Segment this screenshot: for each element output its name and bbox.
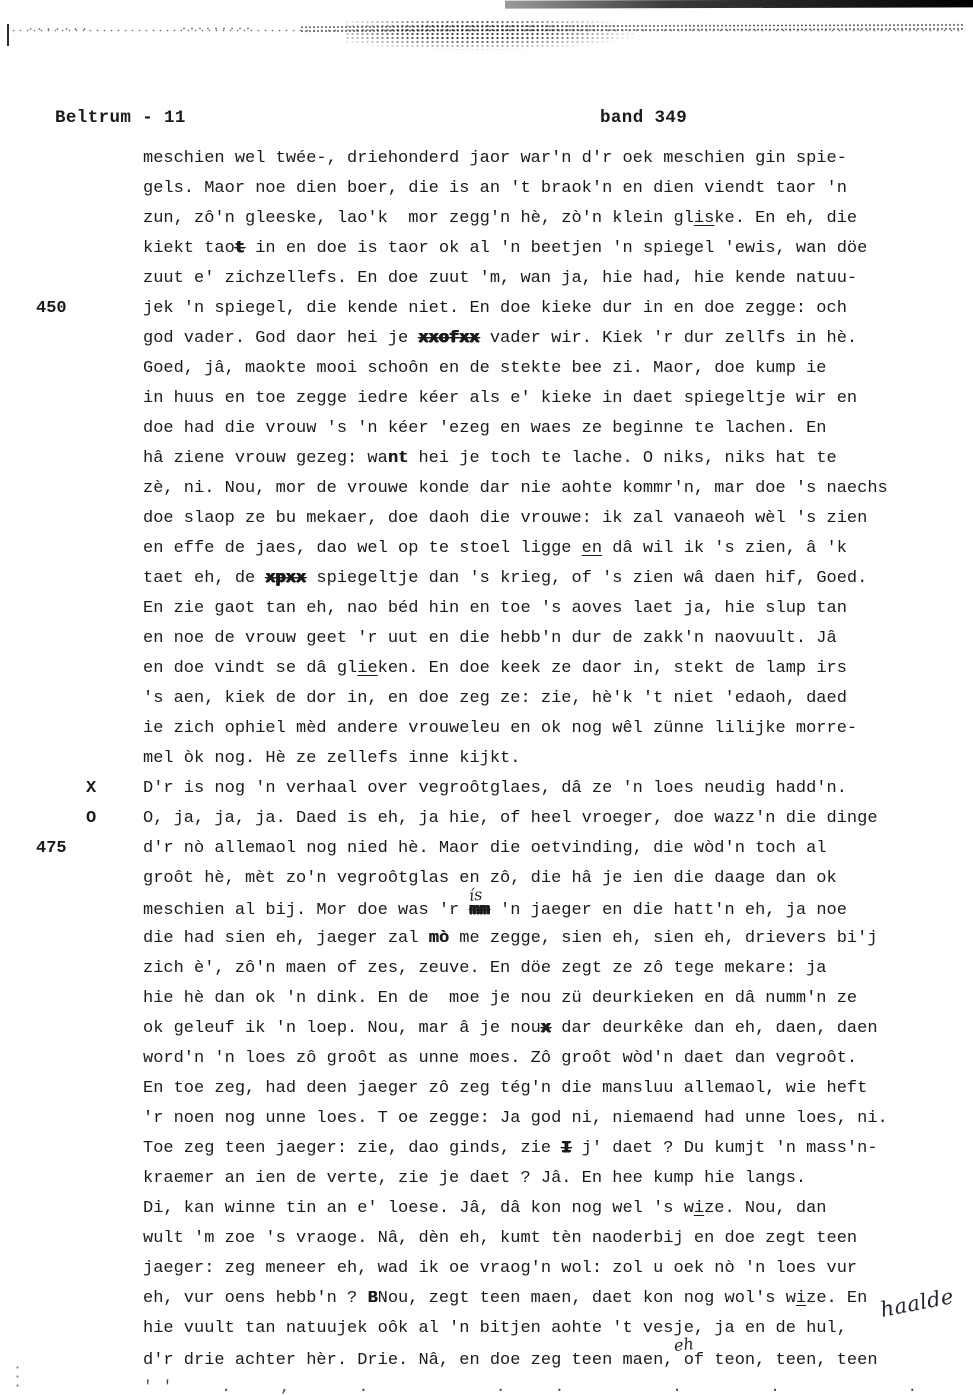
line-text: En zie gaot tan eh, nao béd hin en toe '… — [143, 599, 847, 618]
text-line: meschien al bij. Mor doe was 'r ísmm 'n … — [0, 894, 973, 924]
line-text: Toe zeg teen jaeger: zie, dao ginds, zie… — [143, 1139, 878, 1158]
text-line: Di, kan winne tin an e' loese. Jâ, dâ ko… — [0, 1194, 973, 1224]
text-line: jaeger: zeg meneer eh, wad ik oe vraog'n… — [0, 1254, 973, 1284]
text-line: En zie gaot tan eh, nao béd hin en toe '… — [0, 594, 973, 624]
underlined-text: i — [694, 1199, 704, 1218]
document-title: Beltrum - 11 — [55, 108, 186, 128]
text-line: wult 'm zoe 's vraoge. Nâ, dèn eh, kumt … — [0, 1224, 973, 1254]
transcription-body: meschien wel twée-, driehonderd jaor war… — [0, 144, 973, 1374]
line-text: En toe zeg, had deen jaeger zô zeg tég'n… — [143, 1079, 867, 1098]
line-text: die had sien eh, jaeger zal mò me zegge,… — [143, 929, 878, 948]
underlined-text: i — [796, 1289, 806, 1308]
text-line: meschien wel twée-, driehonderd jaor war… — [0, 144, 973, 174]
line-text: zuut e' zichzellefs. En doe zuut 'm, wan… — [143, 269, 857, 288]
typed-strikeout: x — [541, 1019, 551, 1038]
text-line: zuut e' zichzellefs. En doe zuut 'm, wan… — [0, 264, 973, 294]
text-line: 475d'r nò allemaol nog nied hè. Maor die… — [0, 834, 973, 864]
text-line: in huus en toe zegge iedre kéer als e' k… — [0, 384, 973, 414]
typed-strikeout: xpxx — [265, 569, 306, 588]
scan-noise-specks-b — [180, 26, 250, 31]
line-text: jaeger: zeg meneer eh, wad ik oe vraog'n… — [143, 1259, 857, 1278]
line-text: en effe de jaes, dao wel op te stoel lig… — [143, 539, 847, 558]
text-line: groôt hè, mèt zo'n vegroôtglas en zô, di… — [0, 864, 973, 894]
line-text: gels. Maor noe dien boer, die is an 't b… — [143, 179, 847, 198]
line-text: zun, zô'n gleeske, lao'k mor zegg'n hè, … — [143, 209, 857, 228]
line-text: 's aen, kiek de dor in, en doe zeg ze: z… — [143, 689, 847, 708]
text-line: taet eh, de xpxx spiegeltje dan 's krieg… — [0, 564, 973, 594]
typed-strikeout: xxofxx — [418, 329, 479, 348]
line-text: en noe de vrouw geet 'r uut en die hebb'… — [143, 629, 837, 648]
text-line: Goed, jâ, maokte mooi schoôn en de stekt… — [0, 354, 973, 384]
line-text: jek 'n spiegel, die kende niet. En doe k… — [143, 299, 847, 318]
text-line: en effe de jaes, dao wel op te stoel lig… — [0, 534, 973, 564]
typed-strikeout: I — [561, 1139, 571, 1158]
line-text: zè, ni. Nou, mor de vrouwe konde dar nie… — [143, 479, 888, 498]
text-line: En toe zeg, had deen jaeger zô zeg tég'n… — [0, 1074, 973, 1104]
line-text: in huus en toe zegge iedre kéer als e' k… — [143, 389, 857, 408]
text-line: kraemer an ien de verte, zie je daet ? J… — [0, 1164, 973, 1194]
line-text: hâ ziene vrouw gezeg: want hei je toch t… — [143, 449, 837, 468]
line-text: groôt hè, mèt zo'n vegroôtglas en zô, di… — [143, 869, 837, 888]
scan-noise-top-bar — [505, 0, 973, 9]
text-line: en doe vindt se dâ glieken. En doe keek … — [0, 654, 973, 684]
speaker-label: O — [86, 804, 96, 834]
line-text: ok geleuf ik 'n loep. Nou, mar â je noux… — [143, 1019, 878, 1038]
text-line: zun, zô'n gleeske, lao'k mor zegg'n hè, … — [0, 204, 973, 234]
line-text: doe slaop ze bu mekaer, doe daoh die vro… — [143, 509, 867, 528]
line-text: D'r is nog 'n verhaal over vegroôtglaes,… — [143, 779, 847, 798]
line-text: taet eh, de xpxx spiegeltje dan 's krieg… — [143, 569, 867, 588]
line-text: kraemer an ien de verte, zie je daet ? J… — [143, 1169, 806, 1188]
text-line: zè, ni. Nou, mor de vrouwe konde dar nie… — [0, 474, 973, 504]
line-text: meschien wel twée-, driehonderd jaor war… — [143, 149, 847, 168]
line-text: ie zich ophiel mèd andere vrouweleu en o… — [143, 719, 857, 738]
line-text: d'r nò allemaol nog nied hè. Maor die oe… — [143, 839, 827, 858]
typed-strikeout: t — [235, 239, 245, 258]
text-line: hie vuult tan natuujek oôk al 'n bitjen … — [0, 1314, 973, 1344]
text-line: eh, vur oens hebb'n ? BNou, zegt teen ma… — [0, 1284, 973, 1314]
text-line: die had sien eh, jaeger zal mò me zegge,… — [0, 924, 973, 954]
line-text: hie vuult tan natuujek oôk al 'n bitjen … — [143, 1319, 847, 1338]
text-line: god vader. God daor hei je xxofxx vader … — [0, 324, 973, 354]
scan-noise-specks-a — [26, 27, 86, 31]
margin-line-number: 475 — [36, 834, 67, 864]
page-header: Beltrum - 11 band 349 — [0, 108, 973, 134]
text-line: doe slaop ze bu mekaer, doe daoh die vro… — [0, 504, 973, 534]
text-line: 450jek 'n spiegel, die kende niet. En do… — [0, 294, 973, 324]
line-text: hie hè dan ok 'n dink. En de moe je nou … — [143, 989, 857, 1008]
overtyped-bold-text: B — [367, 1289, 377, 1308]
speaker-label: X — [86, 774, 96, 804]
underlined-text: en — [582, 539, 602, 558]
line-text: wult 'm zoe 's vraoge. Nâ, dèn eh, kumt … — [143, 1229, 857, 1248]
text-line: d'r drie achter hèr. Drie. Nâ, en doe ze… — [0, 1344, 973, 1374]
line-text: meschien al bij. Mor doe was 'r ísmm 'n … — [143, 901, 847, 920]
line-text: O, ja, ja, ja. Daed is eh, ja hie, of he… — [143, 809, 878, 828]
handwritten-insertion: eh — [672, 1331, 675, 1361]
cut-off-bottom-line: '' . , . . . . . . — [143, 1378, 923, 1395]
line-text: Goed, jâ, maokte mooi schoôn en de stekt… — [143, 359, 827, 378]
text-line: word'n 'n loes zô groôt as unne moes. Zô… — [0, 1044, 973, 1074]
text-line: en noe de vrouw geet 'r uut en die hebb'… — [0, 624, 973, 654]
line-text: doe had die vrouw 's 'n kéer 'ezeg en wa… — [143, 419, 827, 438]
text-line: hâ ziene vrouw gezeg: want hei je toch t… — [0, 444, 973, 474]
line-text: mel òk nog. Hè ze zellefs inne kijkt. — [143, 749, 520, 768]
line-text: d'r drie achter hèr. Drie. Nâ, en doe ze… — [143, 1351, 878, 1370]
line-text: en doe vindt se dâ glieken. En doe keek … — [143, 659, 847, 678]
line-text: Di, kan winne tin an e' loese. Jâ, dâ ko… — [143, 1199, 827, 1218]
line-text: eh, vur oens hebb'n ? BNou, zegt teen ma… — [143, 1289, 867, 1308]
overtyped-bold-text: nt — [388, 449, 408, 468]
text-line: XD'r is nog 'n verhaal over vegroôtglaes… — [0, 774, 973, 804]
line-text: god vader. God daor hei je xxofxx vader … — [143, 329, 857, 348]
text-line: Toe zeg teen jaeger: zie, dao ginds, zie… — [0, 1134, 973, 1164]
text-line: OO, ja, ja, ja. Daed is eh, ja hie, of h… — [0, 804, 973, 834]
text-line: 's aen, kiek de dor in, en doe zeg ze: z… — [0, 684, 973, 714]
text-line: kiekt taot in en doe is taor ok al 'n be… — [0, 234, 973, 264]
scan-noise-blob — [345, 20, 635, 50]
text-line: doe had die vrouw 's 'n kéer 'ezeg en wa… — [0, 414, 973, 444]
text-line: ie zich ophiel mèd andere vrouweleu en o… — [0, 714, 973, 744]
scan-noise-left-tick — [7, 24, 9, 46]
margin-line-number: 450 — [36, 294, 67, 324]
text-line: mel òk nog. Hè ze zellefs inne kijkt. — [0, 744, 973, 774]
text-line: zich è', zô'n maen of zes, zeuve. En döe… — [0, 954, 973, 984]
scanned-document-page: Beltrum - 11 band 349 meschien wel twée-… — [0, 0, 973, 1395]
text-line: gels. Maor noe dien boer, die is an 't b… — [0, 174, 973, 204]
overtyped-bold-text: mò — [429, 929, 449, 948]
line-text: word'n 'n loes zô groôt as unne moes. Zô… — [143, 1049, 857, 1068]
line-text: 'r noen nog unne loes. T oe zegge: Ja go… — [143, 1109, 888, 1128]
text-line: ok geleuf ik 'n loep. Nou, mar â je noux… — [0, 1014, 973, 1044]
underlined-text: is — [694, 209, 714, 228]
underlined-text: ie — [357, 659, 377, 678]
line-text: kiekt taot in en doe is taor ok al 'n be… — [143, 239, 867, 258]
line-text: zich è', zô'n maen of zes, zeuve. En döe… — [143, 959, 827, 978]
text-line: hie hè dan ok 'n dink. En de moe je nou … — [0, 984, 973, 1014]
text-line: 'r noen nog unne loes. T oe zegge: Ja go… — [0, 1104, 973, 1134]
tape-band-number: band 349 — [600, 108, 687, 128]
